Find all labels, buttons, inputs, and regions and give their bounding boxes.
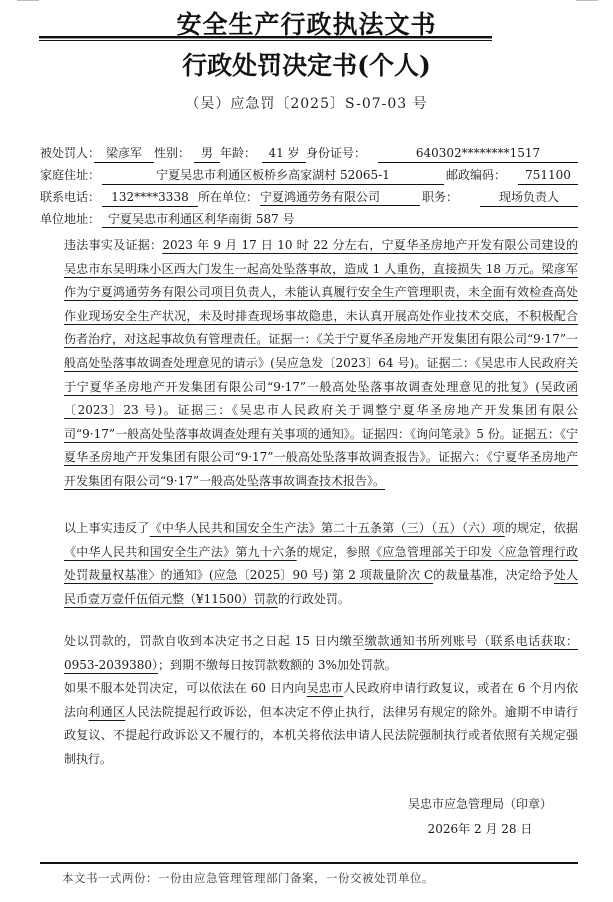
issue-date: 2026年 2 月 28 日: [380, 820, 580, 837]
payment-text: 处以罚款的，罚款自收到本决定书之日起 15 日内缴至: [64, 634, 365, 648]
decision-text: 的裁量基准，决定给予: [433, 568, 554, 582]
decision-text: 的规定，参照: [297, 545, 370, 559]
party-row-2: 家庭住址： 宁夏吴忠市利通区板桥乡高家湖村 52065-1 邮政编码： 7511…: [40, 166, 578, 186]
page-corner-mark: [576, 0, 598, 1]
litigation-court: 利通区: [89, 705, 126, 719]
appeal-section: 如果不服本处罚决定，可以依法在 60 日内向吴忠市人民政府申请行政复议，或者在 …: [40, 677, 578, 771]
facts-text: 2023 年 9 月 17 日 10 时 22 分左右，宁夏华圣房地产开发有限公…: [64, 238, 578, 488]
decision-text: 的行政处罚。: [278, 592, 350, 606]
appeal-text: 人民法院提起行政诉讼，但本决定不停止执行，法律另有规定的除外。逾期不申请行政复议…: [64, 705, 578, 766]
age-label: 年龄：: [220, 144, 256, 162]
party-row-3: 联系电话： 132****3338 所在单位： 宁夏鸿通劳务有限公司 职务： 现…: [40, 188, 578, 208]
age-field: 41 岁: [262, 144, 306, 163]
gender-field: 男: [194, 144, 220, 163]
phone-field: 132****3338: [102, 188, 198, 207]
id-number-field: 640302********1517: [378, 144, 578, 163]
footer-note: 本文书一式两份：一份由应急管理管理部门备案，一份交被处罚单位。: [62, 870, 434, 886]
decision-text: 以上事实违反了: [64, 521, 150, 535]
employer-field: 宁夏鸿通劳务有限公司: [260, 188, 420, 206]
gender-label: 性别：: [154, 144, 190, 162]
issuing-authority: 吴忠市应急管理局（印章）: [380, 795, 580, 812]
postcode-field: 751100: [518, 166, 578, 185]
id-label: 身份证号：: [306, 144, 366, 162]
party-row-4: 单位地址： 宁夏吴忠市利通区利华南街 587 号: [40, 210, 578, 230]
document-number: （吴）应急罚〔2025〕S-07-03 号: [0, 93, 613, 113]
basis-law: 《中华人民共和国安全生产法》第九十六条: [64, 545, 297, 559]
violated-law: 《中华人民共和国安全生产法》第二十五条第（三）（五）（六）项: [150, 521, 505, 535]
address-field: 宁夏吴忠市利通区板桥乡高家湖村 52065-1: [102, 166, 444, 185]
position-field: 现场负责人: [480, 188, 578, 207]
facts-section: 违法事实及证据：2023 年 9 月 17 日 10 时 22 分左右，宁夏华圣…: [40, 234, 578, 494]
name-label: 被处罚人：: [40, 144, 100, 162]
appeal-text: 如果不服本处罚决定，可以依法在 60 日内向: [64, 681, 307, 695]
payment-section: 处以罚款的，罚款自收到本决定书之日起 15 日内缴至缴款通知书所列账号（联系电话…: [40, 630, 578, 677]
page-corner-mark: [17, 0, 39, 1]
postcode-label: 邮政编码：: [446, 166, 506, 184]
facts-label: 违法事实及证据：: [64, 238, 162, 252]
address-label: 家庭住址：: [40, 166, 100, 184]
document-subtitle: 行政处罚决定书(个人): [0, 46, 613, 82]
party-row-1: 被处罚人： 梁彦军 性别： 男 年龄： 41 岁 身份证号： 640302***…: [40, 144, 578, 164]
employer-label: 所在单位：: [198, 188, 258, 206]
employer-address-field: 宁夏吴忠市利通区利华南街 587 号: [102, 210, 578, 228]
review-government: 吴忠市: [307, 681, 344, 695]
employer-address-label: 单位地址：: [40, 210, 100, 228]
decision-section: 以上事实违反了《中华人民共和国安全生产法》第二十五条第（三）（五）（六）项的规定…: [40, 517, 578, 611]
name-field: 梁彦军: [94, 144, 154, 163]
title-divider: [39, 36, 492, 41]
decision-text: 的规定，依据: [505, 521, 578, 535]
payment-text: ；到期不缴每日按罚款数额的 3%加处罚款。: [158, 658, 397, 672]
phone-label: 联系电话：: [40, 188, 100, 206]
footer-divider: [40, 862, 578, 864]
position-label: 职务：: [422, 188, 458, 206]
